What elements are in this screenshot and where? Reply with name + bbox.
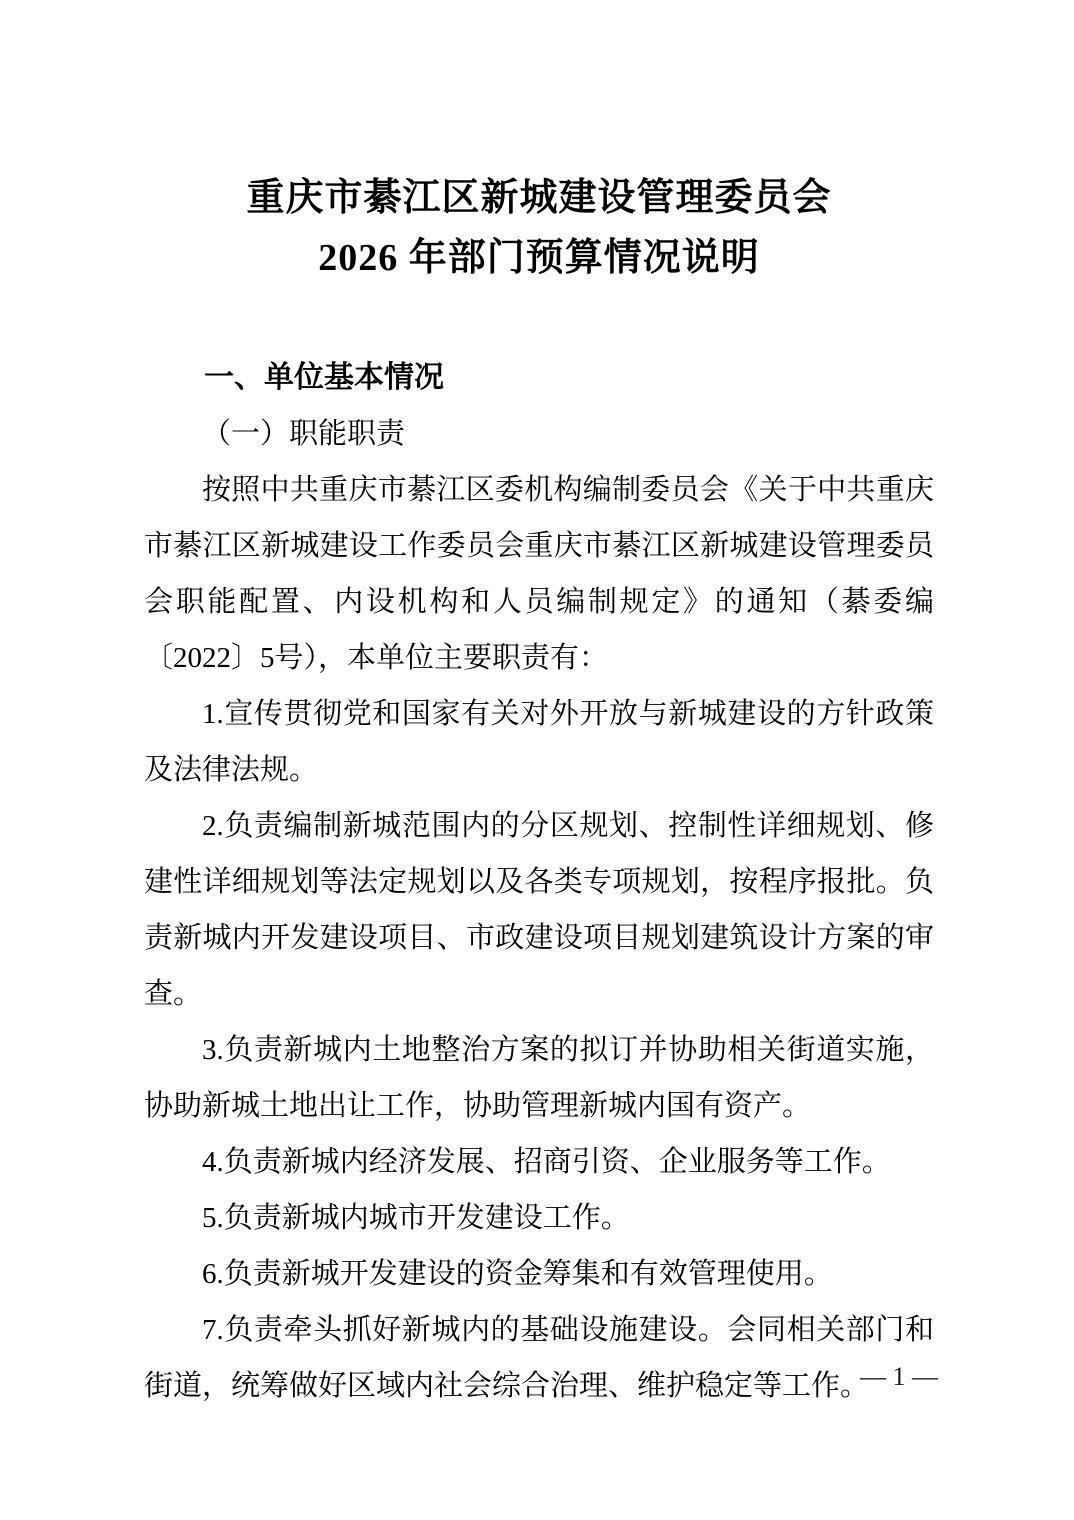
paragraph-item-4: 4.负责新城内经济发展、招商引资、企业服务等工作。 xyxy=(144,1134,934,1190)
subsection-heading: （一）职能职责 xyxy=(144,406,934,462)
title-line-2: 2026 年部门预算情况说明 xyxy=(144,228,934,288)
paragraph-item-5: 5.负责新城内城市开发建设工作。 xyxy=(144,1190,934,1246)
section-heading: 一、单位基本情况 xyxy=(144,350,934,406)
page-number: — 1 — xyxy=(860,1362,938,1391)
page-footer: — 1 — xyxy=(860,1362,938,1392)
document-page: 重庆市綦江区新城建设管理委员会 2026 年部门预算情况说明 一、单位基本情况 … xyxy=(0,0,1074,1520)
paragraph-intro: 按照中共重庆市綦江区委机构编制委员会《关于中共重庆市綦江区新城建设工作委员会重庆… xyxy=(144,462,934,686)
paragraph-item-3: 3.负责新城内土地整治方案的拟订并协助相关街道实施，协助新城土地出让工作，协助管… xyxy=(144,1022,934,1134)
paragraph-item-6: 6.负责新城开发建设的资金筹集和有效管理使用。 xyxy=(144,1246,934,1302)
title-spacer xyxy=(144,288,934,350)
document-title: 重庆市綦江区新城建设管理委员会 2026 年部门预算情况说明 xyxy=(144,168,934,288)
document-content: 重庆市綦江区新城建设管理委员会 2026 年部门预算情况说明 一、单位基本情况 … xyxy=(0,0,1074,1414)
document-body: 按照中共重庆市綦江区委机构编制委员会《关于中共重庆市綦江区新城建设工作委员会重庆… xyxy=(144,462,934,1414)
title-line-1: 重庆市綦江区新城建设管理委员会 xyxy=(144,168,934,228)
paragraph-item-2: 2.负责编制新城范围内的分区规划、控制性详细规划、修建性详细规划等法定规划以及各… xyxy=(144,798,934,1022)
paragraph-item-1: 1.宣传贯彻党和国家有关对外开放与新城建设的方针政策及法律法规。 xyxy=(144,686,934,798)
paragraph-item-7: 7.负责牵头抓好新城内的基础设施建设。会同相关部门和街道，统筹做好区域内社会综合… xyxy=(144,1302,934,1414)
